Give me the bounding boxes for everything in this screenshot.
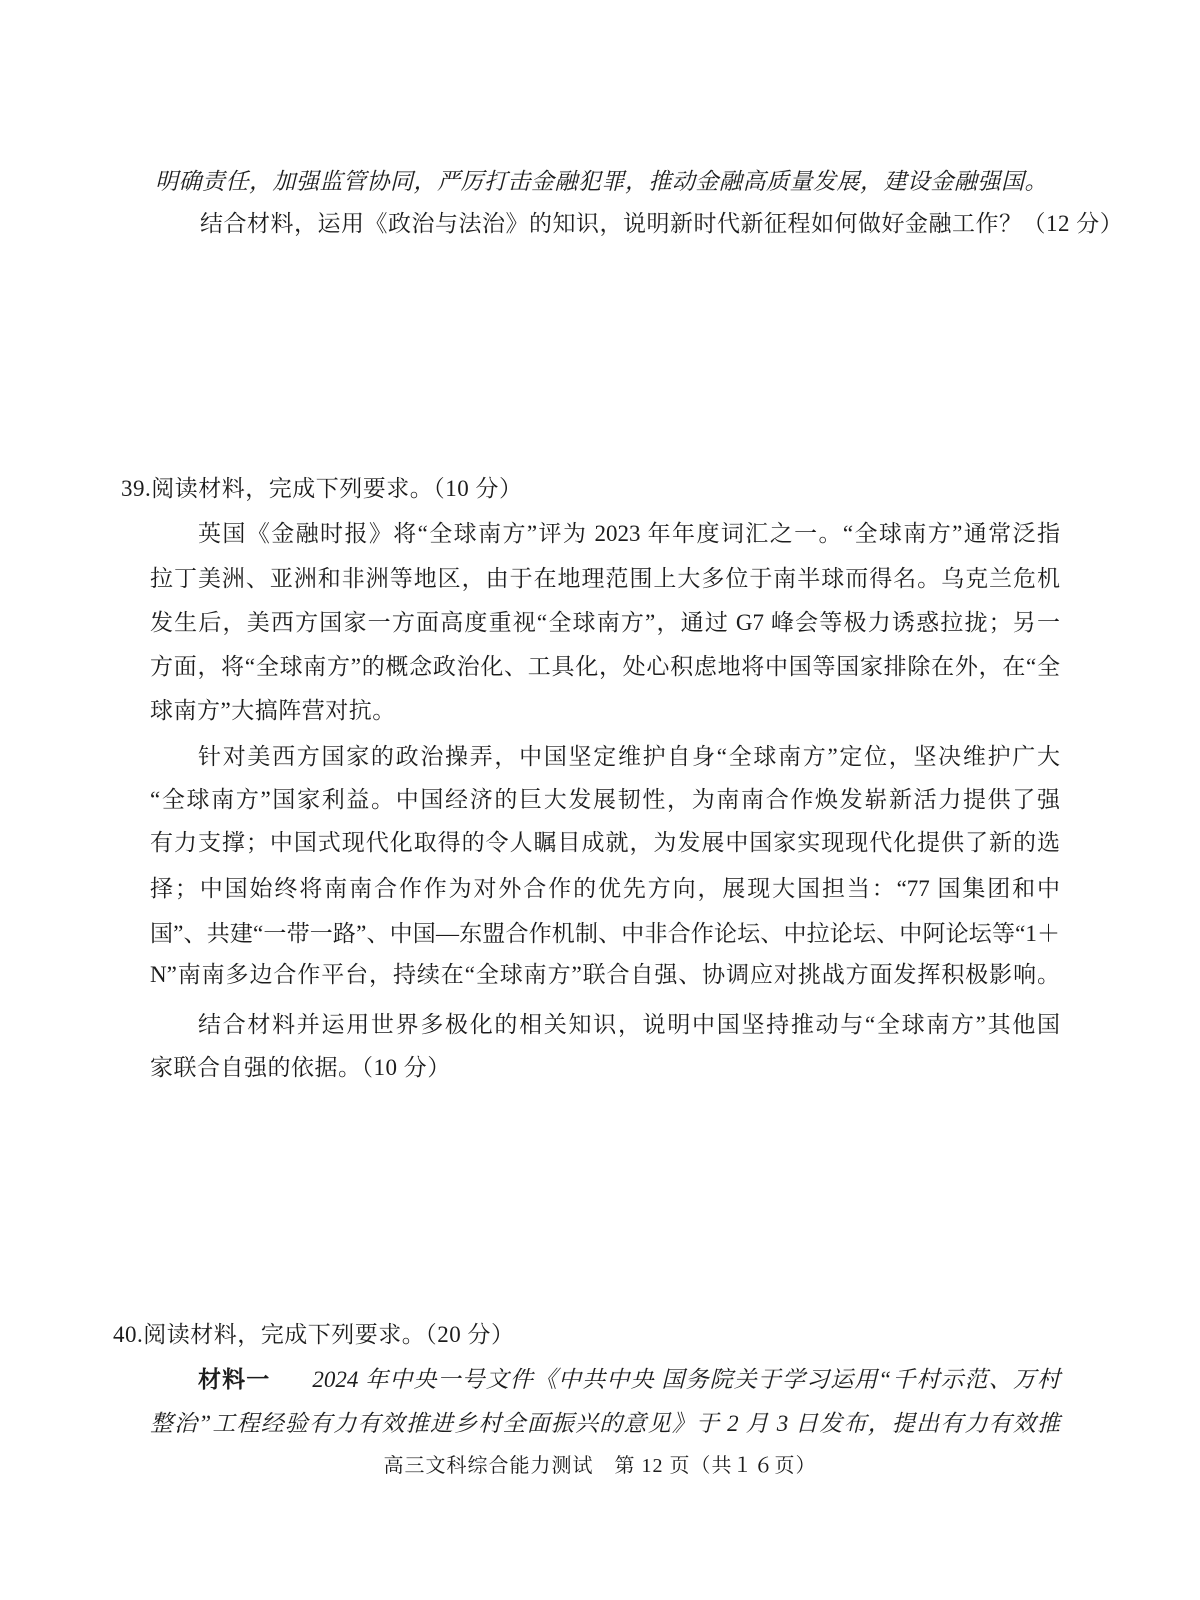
q38-material-tail-line: 明确责任，加强监管协同，严厉打击金融犯罪，推动金融高质量发展，建设金融强国。 <box>155 166 1048 197</box>
q39-material2-line-3: 有力支撑；中国式现代化取得的令人瞩目成就，为发展中国家实现现代化提供了新的选 <box>150 827 1060 858</box>
q39-material1-line-1: 英国《金融时报》将“全球南方”评为 2023 年年度词汇之一。“全球南方”通常泛… <box>198 518 1060 549</box>
page-footer: 高三文科综合能力测试 第 12 页（共１６页） <box>0 1449 1200 1478</box>
q40-material-label: 材料一 <box>198 1366 270 1392</box>
q39-number-line: 39.阅读材料，完成下列要求。（10 分） <box>121 473 523 504</box>
q39-material1-line-2: 拉丁美洲、亚洲和非洲等地区，由于在地理范围上大多位于南半球而得名。乌克兰危机 <box>150 563 1060 594</box>
q39-material2-line-4: 择；中国始终将南南合作作为对外合作的优先方向，展现大国担当：“77 国集团和中 <box>150 873 1060 904</box>
q39-material2-line-1: 针对美西方国家的政治操弄，中国坚定维护自身“全球南方”定位，坚决维护广大 <box>198 741 1060 772</box>
q40-material1-line-2: 整治”工程经验有力有效推进乡村全面振兴的意见》于 2 月 3 日发布，提出有力有… <box>150 1408 1060 1439</box>
q39-material2-line-5: 国”、共建“一带一路”、中国—东盟合作机制、中非合作论坛、中拉论坛、中阿论坛等“… <box>150 918 1060 949</box>
q40-number-line: 40.阅读材料，完成下列要求。（20 分） <box>113 1319 515 1350</box>
q39-question-line-2: 家联合自强的依据。（10 分） <box>150 1052 451 1083</box>
q40-material1-line-1-text: 2024 年中央一号文件《中共中央 国务院关于学习运用“千村示范、万村 <box>312 1367 1060 1392</box>
exam-page: 明确责任，加强监管协同，严厉打击金融犯罪，推动金融高质量发展，建设金融强国。 结… <box>0 0 1200 1600</box>
q39-material1-line-4: 方面，将“全球南方”的概念政治化、工具化，处心积虑地将中国等国家排除在外，在“全 <box>150 651 1060 682</box>
q40-material1-line-1: 材料一2024 年中央一号文件《中共中央 国务院关于学习运用“千村示范、万村 <box>198 1364 1060 1395</box>
q39-question-line-1: 结合材料并运用世界多极化的相关知识，说明中国坚持推动与“全球南方”其他国 <box>198 1009 1060 1040</box>
q39-material1-line-5: 球南方”大搞阵营对抗。 <box>150 695 396 726</box>
q39-material2-line-2: “全球南方”国家利益。中国经济的巨大发展韧性，为南南合作焕发崭新活力提供了强 <box>150 784 1060 815</box>
q39-material2-line-6: N”南南多边合作平台，持续在“全球南方”联合自强、协调应对挑战方面发挥积极影响。 <box>150 959 1060 990</box>
q38-question-line: 结合材料，运用《政治与法治》的知识，说明新时代新征程如何做好金融工作？（12 分… <box>200 208 1123 239</box>
q39-material1-line-3: 发生后，美西方国家一方面高度重视“全球南方”，通过 G7 峰会等极力诱惑拉拢；另… <box>150 607 1060 638</box>
